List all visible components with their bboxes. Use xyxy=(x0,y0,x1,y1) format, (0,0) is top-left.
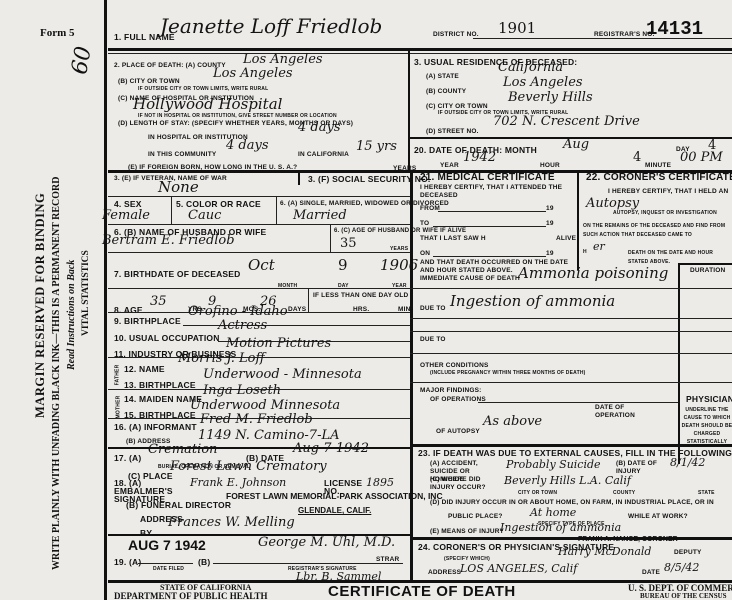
medical-to-label: TO xyxy=(420,220,429,227)
divider xyxy=(410,537,732,540)
registrar-word: STRAR xyxy=(376,556,399,563)
district-number: 1901 xyxy=(498,19,536,37)
mother-birthplace-value: Underwood Minnesota xyxy=(190,398,340,413)
divider xyxy=(108,53,732,54)
divider xyxy=(410,331,732,332)
coroner-h-label: H xyxy=(583,249,587,255)
medical-alive-label: ALIVE xyxy=(556,235,576,242)
medical-to-19: 19 xyxy=(546,220,554,227)
hospital-value: Hollywood Hospital xyxy=(133,95,282,113)
death-city-label: (B) CITY OR TOWN xyxy=(118,78,180,85)
funeral-by-value: Frances W. Melling xyxy=(168,515,295,530)
occupation-label: 10. USUAL OCCUPATION xyxy=(114,333,220,343)
where-state-label: STATE xyxy=(698,490,715,496)
margin-vital-statistics: VITAL STATISTICS xyxy=(81,250,91,336)
divider xyxy=(308,288,309,312)
divider xyxy=(438,211,546,212)
margin-binding-text: MARGIN RESERVED FOR BINDING xyxy=(33,193,48,418)
spouse-age-value: 35 xyxy=(340,236,357,251)
district-label: DISTRICT NO. xyxy=(433,31,479,38)
medical-on-19: 19 xyxy=(546,250,554,257)
embalmer-value: Frank E. Johnson xyxy=(190,476,286,489)
death-minute-label: MINUTE xyxy=(645,162,671,169)
race-value: Cauc xyxy=(188,208,221,223)
filed-b-label: (B) xyxy=(198,557,210,567)
divider xyxy=(108,252,410,253)
coroner-action-note: AUTOPSY, INQUEST OR INVESTIGATION xyxy=(613,210,717,216)
physician-label: PHYSICIAN xyxy=(686,394,732,404)
death-city-value: Los Angeles xyxy=(213,66,293,81)
where-injury-label: (C) WHERE DID INJURY OCCUR? xyxy=(430,476,494,492)
birthdate-label: 7. BIRTHDATE OF DECEASED xyxy=(114,269,241,279)
immediate-cause-label: IMMEDIATE CAUSE OF DEATH xyxy=(420,275,520,282)
date-of-operation-label: DATE OF OPERATION xyxy=(595,404,645,420)
place-of-death-label: 2. PLACE OF DEATH: (A) COUNTY xyxy=(114,62,226,69)
residence-state-value: California xyxy=(498,60,563,75)
autopsy-label: OF AUTOPSY xyxy=(436,428,480,435)
death-year-label: YEAR xyxy=(440,162,459,169)
binding-margin: Form 5 60 MARGIN RESERVED FOR BINDING WR… xyxy=(0,0,104,600)
other-conditions-note: (INCLUDE PREGNANCY WITHIN THREE MONTHS O… xyxy=(430,370,586,376)
certificate-title: CERTIFICATE OF DEATH xyxy=(328,583,516,600)
coroner-name: FRANK A. NANCE, CORONER xyxy=(578,536,678,543)
major-findings-label: MAJOR FINDINGS: xyxy=(420,387,482,394)
burial-place-value: Forest Lawn Crematory xyxy=(170,459,327,474)
physician-note: UNDERLINE THE CAUSE TO WHICH DEATH SHOUL… xyxy=(680,406,732,446)
date-filed-stamp: AUG 7 1942 xyxy=(128,537,206,553)
occupation-value: Actress xyxy=(218,318,267,333)
coroner-deputy-label: DEPUTY xyxy=(674,549,702,556)
column-divider xyxy=(410,170,413,580)
funeral-director-label: (B) FUNERAL DIRECTOR xyxy=(126,500,231,510)
divider xyxy=(171,196,172,224)
coroner-remains-text: ON THE REMAINS OF THE DECEASED AND FIND … xyxy=(583,222,731,240)
birthplace-label: 9. BIRTHPLACE xyxy=(114,316,181,326)
public-place-label: PUBLIC PLACE? xyxy=(448,513,503,520)
margin-ink-notice: WRITE PLAINLY WITH UNFADING BLACK INK—TH… xyxy=(51,177,62,571)
veteran-value: None xyxy=(158,178,199,196)
california-value: 15 yrs xyxy=(356,139,397,154)
coroner-date-label: DATE xyxy=(642,569,660,576)
residence-county-label: (B) COUNTY xyxy=(426,88,466,95)
divider xyxy=(108,196,410,197)
file-mark: 60 xyxy=(67,45,96,77)
divider xyxy=(276,196,277,224)
coroner-signature-value: Harry McDonald xyxy=(558,545,651,558)
age-years-value: 35 xyxy=(150,294,167,309)
burial-method-value: Cremation xyxy=(148,442,218,457)
divider xyxy=(678,288,732,289)
margin-instructions: Read Instructions on Back xyxy=(66,260,77,370)
footer-census: BUREAU OF THE CENSUS xyxy=(640,592,727,600)
medical-last-saw-label: THAT I LAST SAW H xyxy=(420,235,486,242)
burial-date-value: Aug 7-1942 xyxy=(293,441,369,456)
residence-state-label: (A) STATE xyxy=(426,73,459,80)
sex-value: Female xyxy=(102,208,150,223)
california-label: IN CALIFORNIA xyxy=(298,151,349,158)
due-to-2-label: DUE TO xyxy=(420,336,446,343)
means-of-injury-value: Ingestion of ammonia xyxy=(500,521,621,534)
margin-divider xyxy=(104,0,107,600)
autopsy-value: As above xyxy=(483,414,542,429)
birth-day-value: 9 xyxy=(338,256,348,274)
registrar-signature: George M. Uhl, M.D. xyxy=(258,535,395,550)
place-question-label: (D) DID INJURY OCCUR IN OR ABOUT HOME, O… xyxy=(430,499,714,506)
registrar-number: 14131 xyxy=(646,18,703,40)
age-label: 8. AGE xyxy=(114,305,143,315)
medical-certify-text: I HEREBY CERTIFY, THAT I ATTENDED THE DE… xyxy=(420,184,570,200)
mother-bracket: MOTHER xyxy=(115,396,121,419)
medical-on-label: ON xyxy=(420,250,430,257)
divider xyxy=(138,563,193,564)
divider xyxy=(678,263,732,265)
date-filed-label: DATE FILED xyxy=(153,566,184,572)
external-type-value: Probably Suicide xyxy=(506,458,601,471)
coroner-address-value: LOS ANGELES, Calif xyxy=(460,562,577,575)
community-value: 4 days xyxy=(226,138,269,153)
divider xyxy=(108,48,732,51)
certificate-form: 1. FULL NAME Jeanette Loff Friedlob DIST… xyxy=(108,0,732,600)
death-city-note: IF OUTSIDE CITY OR TOWN LIMITS, WRITE RU… xyxy=(138,86,268,92)
coroner-date-value: 8/5/42 xyxy=(664,561,699,574)
spouse-value: Bertram E. Friedlob xyxy=(102,233,235,248)
residence-street-value: 702 N. Crescent Drive xyxy=(493,114,640,129)
due-to-label: DUE TO xyxy=(420,305,446,312)
coroner-action-value: Autopsy xyxy=(586,196,639,211)
coroner-pronoun-value: er xyxy=(593,240,605,253)
death-hour-label: HOUR xyxy=(540,162,560,169)
funeral-director-address-value: GLENDALE, CALIF. xyxy=(298,506,371,515)
death-hour-value: 4 xyxy=(633,150,641,165)
in-hospital-value: 4 days xyxy=(298,120,341,135)
community-label: IN THIS COMMUNITY xyxy=(148,151,216,158)
death-county-value: Los Angeles xyxy=(243,52,323,67)
divider xyxy=(108,288,410,289)
death-month-value: Aug xyxy=(563,137,589,152)
birth-month-value: Oct xyxy=(248,256,275,274)
industry-value: Motion Pictures xyxy=(226,336,331,351)
death-certificate: Form 5 60 MARGIN RESERVED FOR BINDING WR… xyxy=(0,0,732,600)
filed-label: 19. (A) xyxy=(114,557,141,567)
coroner-address-label: ADDRESS xyxy=(428,569,461,576)
due-to-value: Ingestion of ammonia xyxy=(450,292,615,310)
divider xyxy=(478,402,678,403)
means-of-injury-label: (E) MEANS OF INJURY xyxy=(430,528,504,535)
medical-from-19: 19 xyxy=(546,205,554,212)
residence-city-label: (C) CITY OR TOWN xyxy=(426,103,488,110)
where-city-label: CITY OR TOWN xyxy=(518,490,557,496)
divider xyxy=(433,226,546,227)
divider xyxy=(410,382,732,383)
license-value: 1895 xyxy=(366,476,394,489)
residence-street-label: (D) STREET NO. xyxy=(426,128,479,135)
divider xyxy=(678,353,732,354)
where-injury-value: Beverly Hills L.A. Calif xyxy=(504,474,631,487)
header-underline xyxy=(473,38,732,39)
duration-label: DURATION xyxy=(690,267,725,274)
coroner-certificate-title: 22. CORONER'S CERTIFICATE xyxy=(586,172,732,183)
informant-value: Fred M. Friedlob xyxy=(200,412,313,427)
marital-value: Married xyxy=(293,208,347,223)
less-than-day-label: IF LESS THAN ONE DAY OLD xyxy=(313,292,408,299)
divider xyxy=(433,256,546,257)
death-minute-value: 00 PM xyxy=(680,150,723,165)
residence-county-value: Los Angeles xyxy=(503,75,583,90)
where-county-label: COUNTY xyxy=(613,490,635,496)
form-number: Form 5 xyxy=(40,27,75,39)
divider xyxy=(678,318,732,319)
father-bracket: FATHER xyxy=(114,365,120,386)
column-divider xyxy=(408,50,410,170)
father-name-value: Morris J. Loff xyxy=(178,351,265,366)
medical-from-label: FROM xyxy=(420,205,440,212)
other-conditions-label: OTHER CONDITIONS xyxy=(420,362,489,369)
father-name-label: 12. NAME xyxy=(124,364,165,374)
full-name-value: Jeanette Loff Friedlob xyxy=(160,14,382,38)
divider xyxy=(577,170,579,270)
father-birthplace-value: Underwood - Minnesota xyxy=(203,367,362,382)
public-place-value: At home xyxy=(530,506,576,519)
while-at-work-label: WHILE AT WORK? xyxy=(628,513,688,520)
divider xyxy=(213,563,403,564)
birthplace-value: Orofino - Idaho xyxy=(188,304,288,319)
residence-city-value: Beverly Hills xyxy=(508,90,593,105)
divider xyxy=(410,444,732,447)
divider xyxy=(108,224,410,225)
date-of-injury-value: 8/1/42 xyxy=(670,456,705,469)
coroner-certify-text: I HEREBY CERTIFY, THAT I HELD AN xyxy=(608,188,728,195)
burial-label: 17. (A) xyxy=(114,453,141,463)
immediate-cause-value: Ammonia poisoning xyxy=(518,264,668,282)
divider xyxy=(330,224,331,252)
ssn-marker xyxy=(298,173,300,185)
informant-label: 16. (A) INFORMANT xyxy=(114,422,197,432)
mother-maiden-value: Inga Loseth xyxy=(203,383,281,398)
death-year-value: 1942 xyxy=(463,150,496,165)
hospital-note: IF NOT IN HOSPITAL OR INSTITUTION, GIVE … xyxy=(138,113,337,119)
footer-department: DEPARTMENT OF PUBLIC HEALTH xyxy=(114,591,267,600)
spouse-age-label: 6. (C) AGE OF HUSBAND OR WIFE IF ALIVE xyxy=(334,228,466,234)
medical-certificate-title: 21. MEDICAL CERTIFICATE xyxy=(420,172,555,183)
